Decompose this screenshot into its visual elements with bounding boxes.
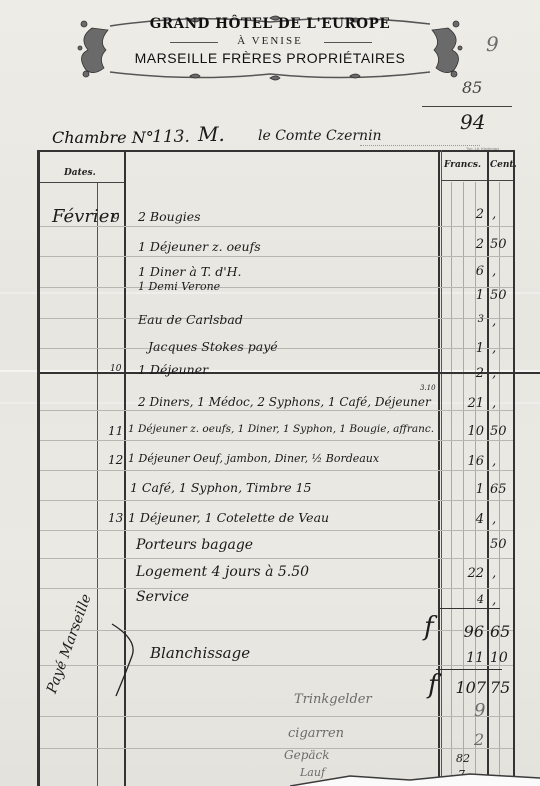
total-francs: 107: [448, 678, 486, 697]
margin-calc-line2: 85: [462, 78, 482, 97]
entry-francs: 1: [452, 341, 484, 356]
guest-name: le Comte Czernin: [258, 128, 382, 144]
entry-cent: ‚: [492, 264, 496, 279]
entry-description: 2 Bougies: [138, 209, 201, 224]
entry-day: 13: [108, 511, 123, 525]
ruled-line: [40, 470, 513, 471]
entry-cent: ‚: [492, 366, 496, 381]
entry-description: 1 Café, 1 Syphon, Timbre 15: [130, 480, 311, 495]
laundry-francs: 11: [452, 650, 484, 666]
ruled-line: [40, 588, 513, 589]
entry-description: Jacques Stokes payé: [148, 339, 278, 354]
entry-francs: 6: [452, 264, 484, 279]
total-currency: f: [428, 670, 438, 700]
month-label: Février: [52, 206, 118, 227]
entry-francs: 10: [452, 424, 484, 439]
entry-francs: 1: [452, 482, 484, 497]
entry-description: 1 Déjeuner z. oeufs, 1 Diner, 1 Syphon, …: [128, 423, 434, 435]
entry-francs: 2: [452, 207, 484, 222]
entry-francs: 2: [452, 366, 484, 381]
entry-description: 1 Déjeuner: [138, 362, 208, 377]
pencil-amount: 2: [474, 730, 484, 749]
entry-francs: 4: [452, 593, 484, 606]
amount-header-rule: [441, 180, 513, 181]
entry-note: 3.10: [420, 384, 436, 392]
entry-description: 1 Déjeuner, 1 Cotelette de Veau: [128, 510, 329, 525]
cent-column-rule: [487, 150, 489, 786]
subtotal-cent: 65: [490, 622, 510, 641]
margin-calc-line1: 9: [486, 32, 499, 56]
pencil-note: Gepäck: [284, 748, 330, 762]
subtotal-francs: 96: [452, 622, 484, 641]
torn-edge-icon: [290, 772, 540, 786]
entry-description: Service: [136, 589, 189, 605]
entry-description: Logement 4 jours à 5.50: [136, 564, 309, 580]
hotel-city: À VENISE: [0, 35, 540, 47]
column-header-cent: Cent.: [490, 160, 517, 170]
total-cent: 75: [490, 678, 510, 697]
pencil-amount: 82: [456, 752, 470, 765]
entry-cent: 50: [490, 288, 507, 303]
ruled-line: [40, 530, 513, 531]
pencil-note: Trinkgelder: [294, 692, 372, 707]
entry-cent: ‚: [492, 454, 496, 469]
francs-column-rule-inner: [441, 150, 442, 786]
entry-description: 1 Déjeuner z. oeufs: [138, 239, 261, 254]
entry-description: 2 Diners, 1 Médoc, 2 Syphons, 1 Café, Dé…: [138, 395, 431, 409]
room-label: Chambre N°: [52, 128, 154, 147]
laundry-description: Blanchissage: [150, 644, 250, 662]
ruled-line: [40, 500, 513, 501]
entry-cent: ‚: [492, 341, 496, 356]
entry-francs: 3: [452, 314, 484, 325]
table-right-rule: [513, 150, 515, 786]
hotel-name: GRAND HÔTEL DE L'EUROPE: [0, 16, 540, 32]
entry-description: Eau de Carlsbad: [138, 312, 243, 327]
entry-francs: 16: [452, 454, 484, 469]
entry-day: 9: [112, 211, 120, 225]
ruled-line: [40, 318, 513, 319]
ruled-line: [40, 558, 513, 559]
ruled-line: [40, 716, 513, 717]
entry-day: 11: [108, 424, 123, 438]
ruled-line: [40, 410, 513, 411]
hotel-proprietors: MARSEILLE FRÈRES PROPRIÉTAIRES: [0, 50, 540, 66]
guest-title: M.: [198, 122, 225, 146]
total-rule: [436, 669, 502, 670]
signature-flourish-icon: [108, 620, 148, 700]
entry-day: 10: [110, 364, 121, 374]
entry-francs: 2: [452, 237, 484, 252]
column-header-francs: Francs.: [444, 160, 481, 170]
entry-francs: 4: [452, 512, 484, 527]
pencil-note: cigarren: [288, 726, 344, 741]
subtotal-currency: f: [424, 612, 434, 642]
entry-francs: 21: [452, 396, 484, 411]
dates-header-rule: [40, 182, 124, 183]
entry-description: 1 Diner à T. d'H.: [138, 264, 242, 279]
entry-description: Porteurs bagage: [136, 537, 253, 553]
room-number: 113.: [152, 127, 190, 147]
entry-description: 1 Demi Verone: [138, 280, 220, 293]
column-header-dates: Dates.: [64, 168, 96, 178]
laundry-cent: 10: [490, 650, 508, 666]
entry-cent: ‚: [492, 207, 496, 222]
guest-dotted-line: [360, 145, 480, 146]
pencil-amount: 9: [474, 700, 485, 721]
entry-day: 12: [108, 453, 123, 467]
entry-cent: 50: [490, 424, 507, 439]
francs-column-rule: [438, 150, 440, 786]
entry-cent: 65: [490, 482, 507, 497]
entry-cent: ‚: [492, 396, 496, 411]
table-left-rule: [38, 150, 40, 786]
entry-cent: ‚: [492, 593, 496, 608]
entry-francs: 22: [452, 566, 484, 581]
entry-description: 1 Déjeuner Oeuf, jambon, Diner, ½ Bordea…: [128, 452, 379, 465]
margin-calc-result: 94: [460, 110, 485, 134]
ruled-line: [40, 287, 513, 288]
entry-cent: ‚: [492, 512, 496, 527]
ruled-line: [40, 748, 513, 749]
entry-francs: 1: [452, 288, 484, 303]
ruled-line: [40, 440, 513, 441]
ruled-line: [40, 256, 513, 257]
sum-line: [422, 106, 512, 107]
entry-cent: ‚: [492, 314, 496, 329]
entry-cent: ‚: [492, 566, 496, 581]
entry-cent: 50: [490, 537, 507, 552]
dates-subcolumn-rule: [97, 182, 98, 786]
subtotal-rule: [438, 608, 500, 609]
entry-cent: 50: [490, 237, 507, 252]
